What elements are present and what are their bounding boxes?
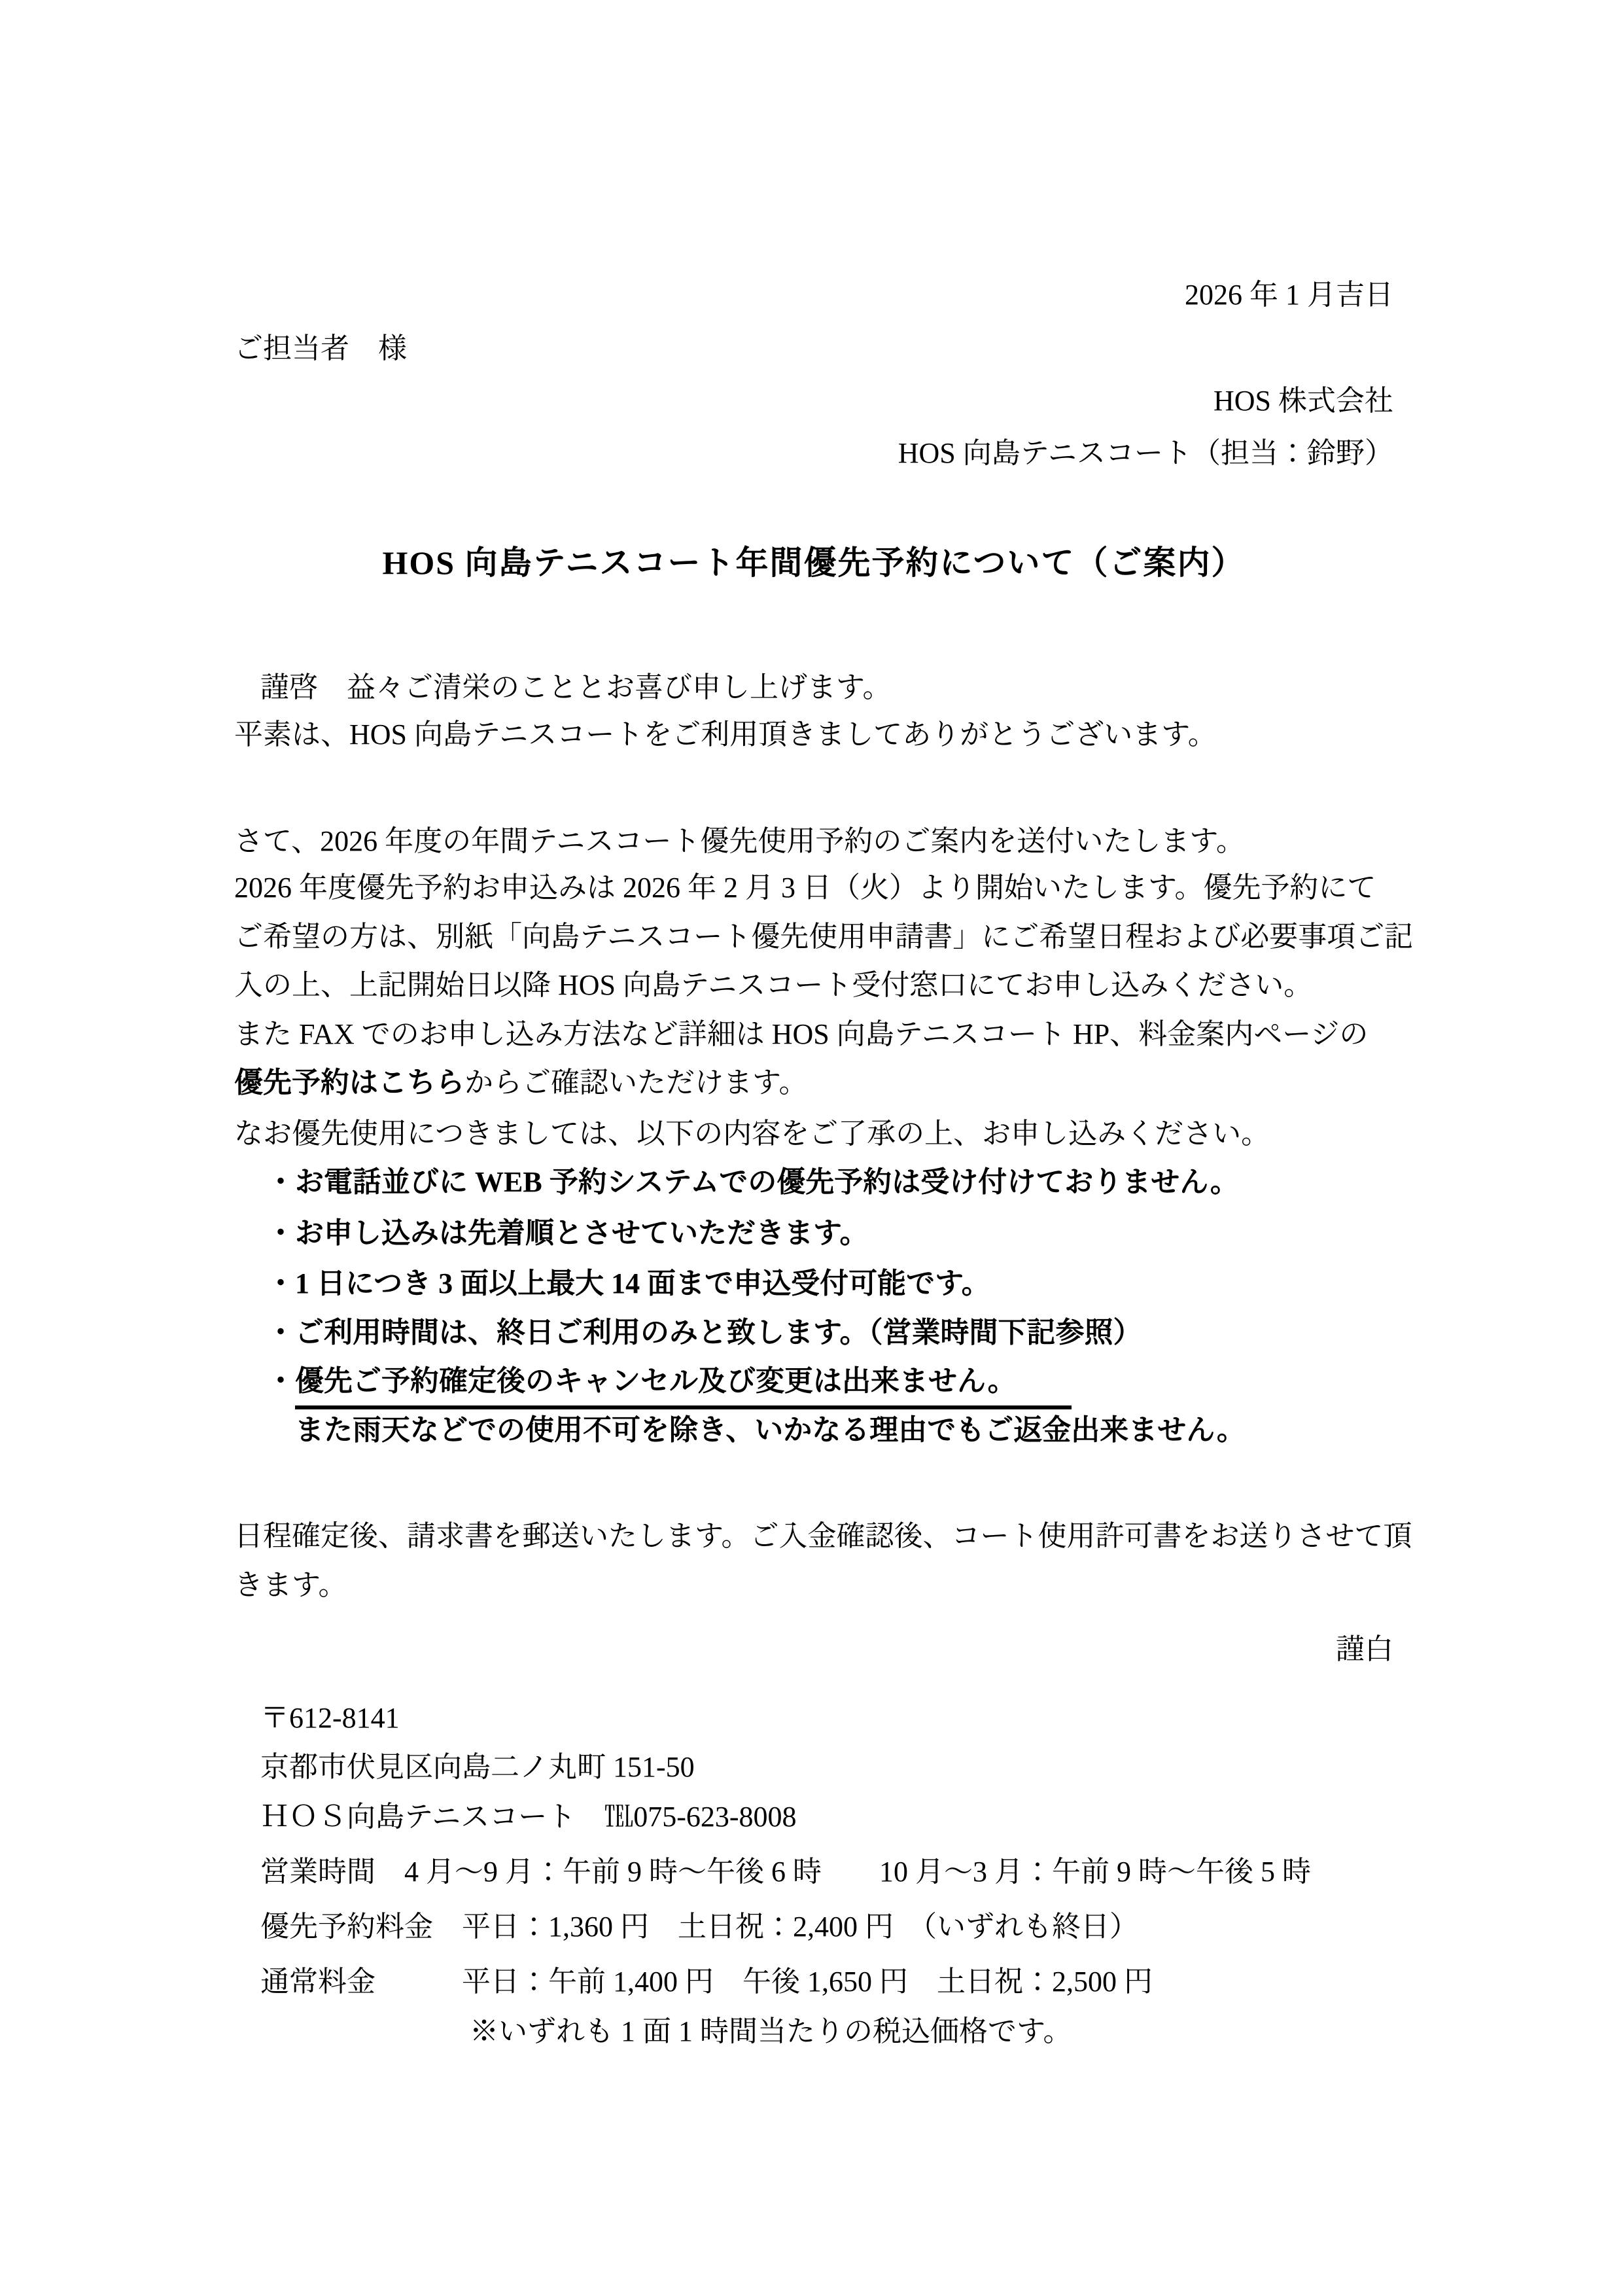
sender-company: HOS 株式会社 <box>234 376 1393 425</box>
document-page: 2026 年 1 月吉日 ご担当者 様 HOS 株式会社 HOS 向島テニスコー… <box>0 0 1623 2296</box>
postal-code: 〒612-8141 <box>260 1693 1393 1742</box>
note-item-1: ・お電話並びに WEB 予約システムでの優先予約は受け付けておりません。 <box>266 1157 1393 1207</box>
body-line-5: また FAX でのお申し込み方法など詳細は HOS 向島テニスコート HP、料金… <box>234 1010 1393 1059</box>
bullet-marker: ・ <box>266 1365 295 1397</box>
address-line: 京都市伏見区向島二ノ丸町 151-50 <box>260 1742 1393 1792</box>
priority-fee-line: 優先予約料金 平日：1,360 円 土日祝：2,400 円 （いずれも終日） <box>260 1902 1393 1951</box>
bullet-marker: ・ <box>266 1217 295 1249</box>
body-line-2: 2026 年度優先予約お申込みは 2026 年 2 月 3 日（火）より開始いた… <box>234 863 1393 912</box>
closing-line-2: きます。 <box>234 1561 1393 1610</box>
body-line-6: 優先予約はこちらからご確認いただけます。 <box>234 1058 1393 1107</box>
greeting-line-2: 平素は、HOS 向島テニスコートをご利用頂きましてありがとうございます。 <box>234 710 1393 759</box>
note-item-1-text: お電話並びに WEB 予約システムでの優先予約は受け付けておりません。 <box>295 1166 1239 1198</box>
body-line-6-rest: からご確認いただけます。 <box>464 1067 807 1099</box>
sign-off: 謹白 <box>234 1625 1393 1674</box>
document-title: HOS 向島テニスコート年間優先予約について（ご案内） <box>234 533 1393 592</box>
regular-fee-line: 通常料金 平日：午前 1,400 円 午後 1,650 円 土日祝：2,500 … <box>260 1957 1393 2006</box>
document-date: 2026 年 1 月吉日 <box>234 270 1393 319</box>
business-hours-line: 営業時間 4 月～9 月：午前 9 時～午後 6 時 10 月～3 月：午前 9… <box>260 1847 1393 1896</box>
note-item-3: ・1 日につき 3 面以上最大 14 面まで申込受付可能です。 <box>266 1259 1393 1308</box>
facility-tel-line: ＨＯＳ向島テニスコート ℡075-623-8008 <box>260 1792 1393 1841</box>
note-item-2: ・お申し込みは先着順とさせていただきます。 <box>266 1209 1393 1258</box>
note-item-4: ・ご利用時間は、終日ご利用のみと致します。（営業時間下記参照） <box>266 1308 1393 1357</box>
greeting-line-1: 謹啓 益々ご清栄のこととお喜び申し上げます。 <box>260 663 1393 712</box>
note-item-4-text: ご利用時間は、終日ご利用のみと致します。（営業時間下記参照） <box>295 1316 1142 1349</box>
body-line-7: なお優先使用につきましては、以下の内容をご了承の上、お申し込みください。 <box>234 1109 1393 1158</box>
closing-line-1: 日程確定後、請求書を郵送いたします。ご入金確認後、コート使用許可書をお送りさせて… <box>234 1511 1393 1561</box>
tax-note-line: ※いずれも 1 面 1 時間当たりの税込価格です。 <box>470 2007 1393 2056</box>
note-item-5-continuation: また雨天などでの使用不可を除き、いかなる理由でもご返金出来ません。 <box>295 1405 1393 1455</box>
note-item-5-text: 優先ご予約確定後のキャンセル及び変更は出来ません。 <box>295 1356 1072 1409</box>
bullet-marker: ・ <box>266 1267 295 1299</box>
body-line-1: さて、2026 年度の年間テニスコート優先使用予約のご案内を送付いたします。 <box>234 817 1393 866</box>
sender-department: HOS 向島テニスコート（担当：鈴野） <box>234 429 1393 478</box>
body-line-3: ご希望の方は、別紙「向島テニスコート優先使用申請書」にご希望日程および必要事項ご… <box>234 912 1393 961</box>
recipient-line: ご担当者 様 <box>234 324 1393 373</box>
note-item-3-text: 1 日につき 3 面以上最大 14 面まで申込受付可能です。 <box>295 1267 990 1299</box>
note-item-2-text: お申し込みは先着順とさせていただきます。 <box>295 1217 868 1249</box>
priority-link-text: 優先予約はこちら <box>234 1067 464 1099</box>
bullet-marker: ・ <box>266 1166 295 1198</box>
note-item-5: ・優先ご予約確定後のキャンセル及び変更は出来ません。 <box>266 1356 1393 1405</box>
bullet-marker: ・ <box>266 1316 295 1349</box>
body-line-4: 入の上、上記開始日以降 HOS 向島テニスコート受付窓口にてお申し込みください。 <box>234 961 1393 1010</box>
